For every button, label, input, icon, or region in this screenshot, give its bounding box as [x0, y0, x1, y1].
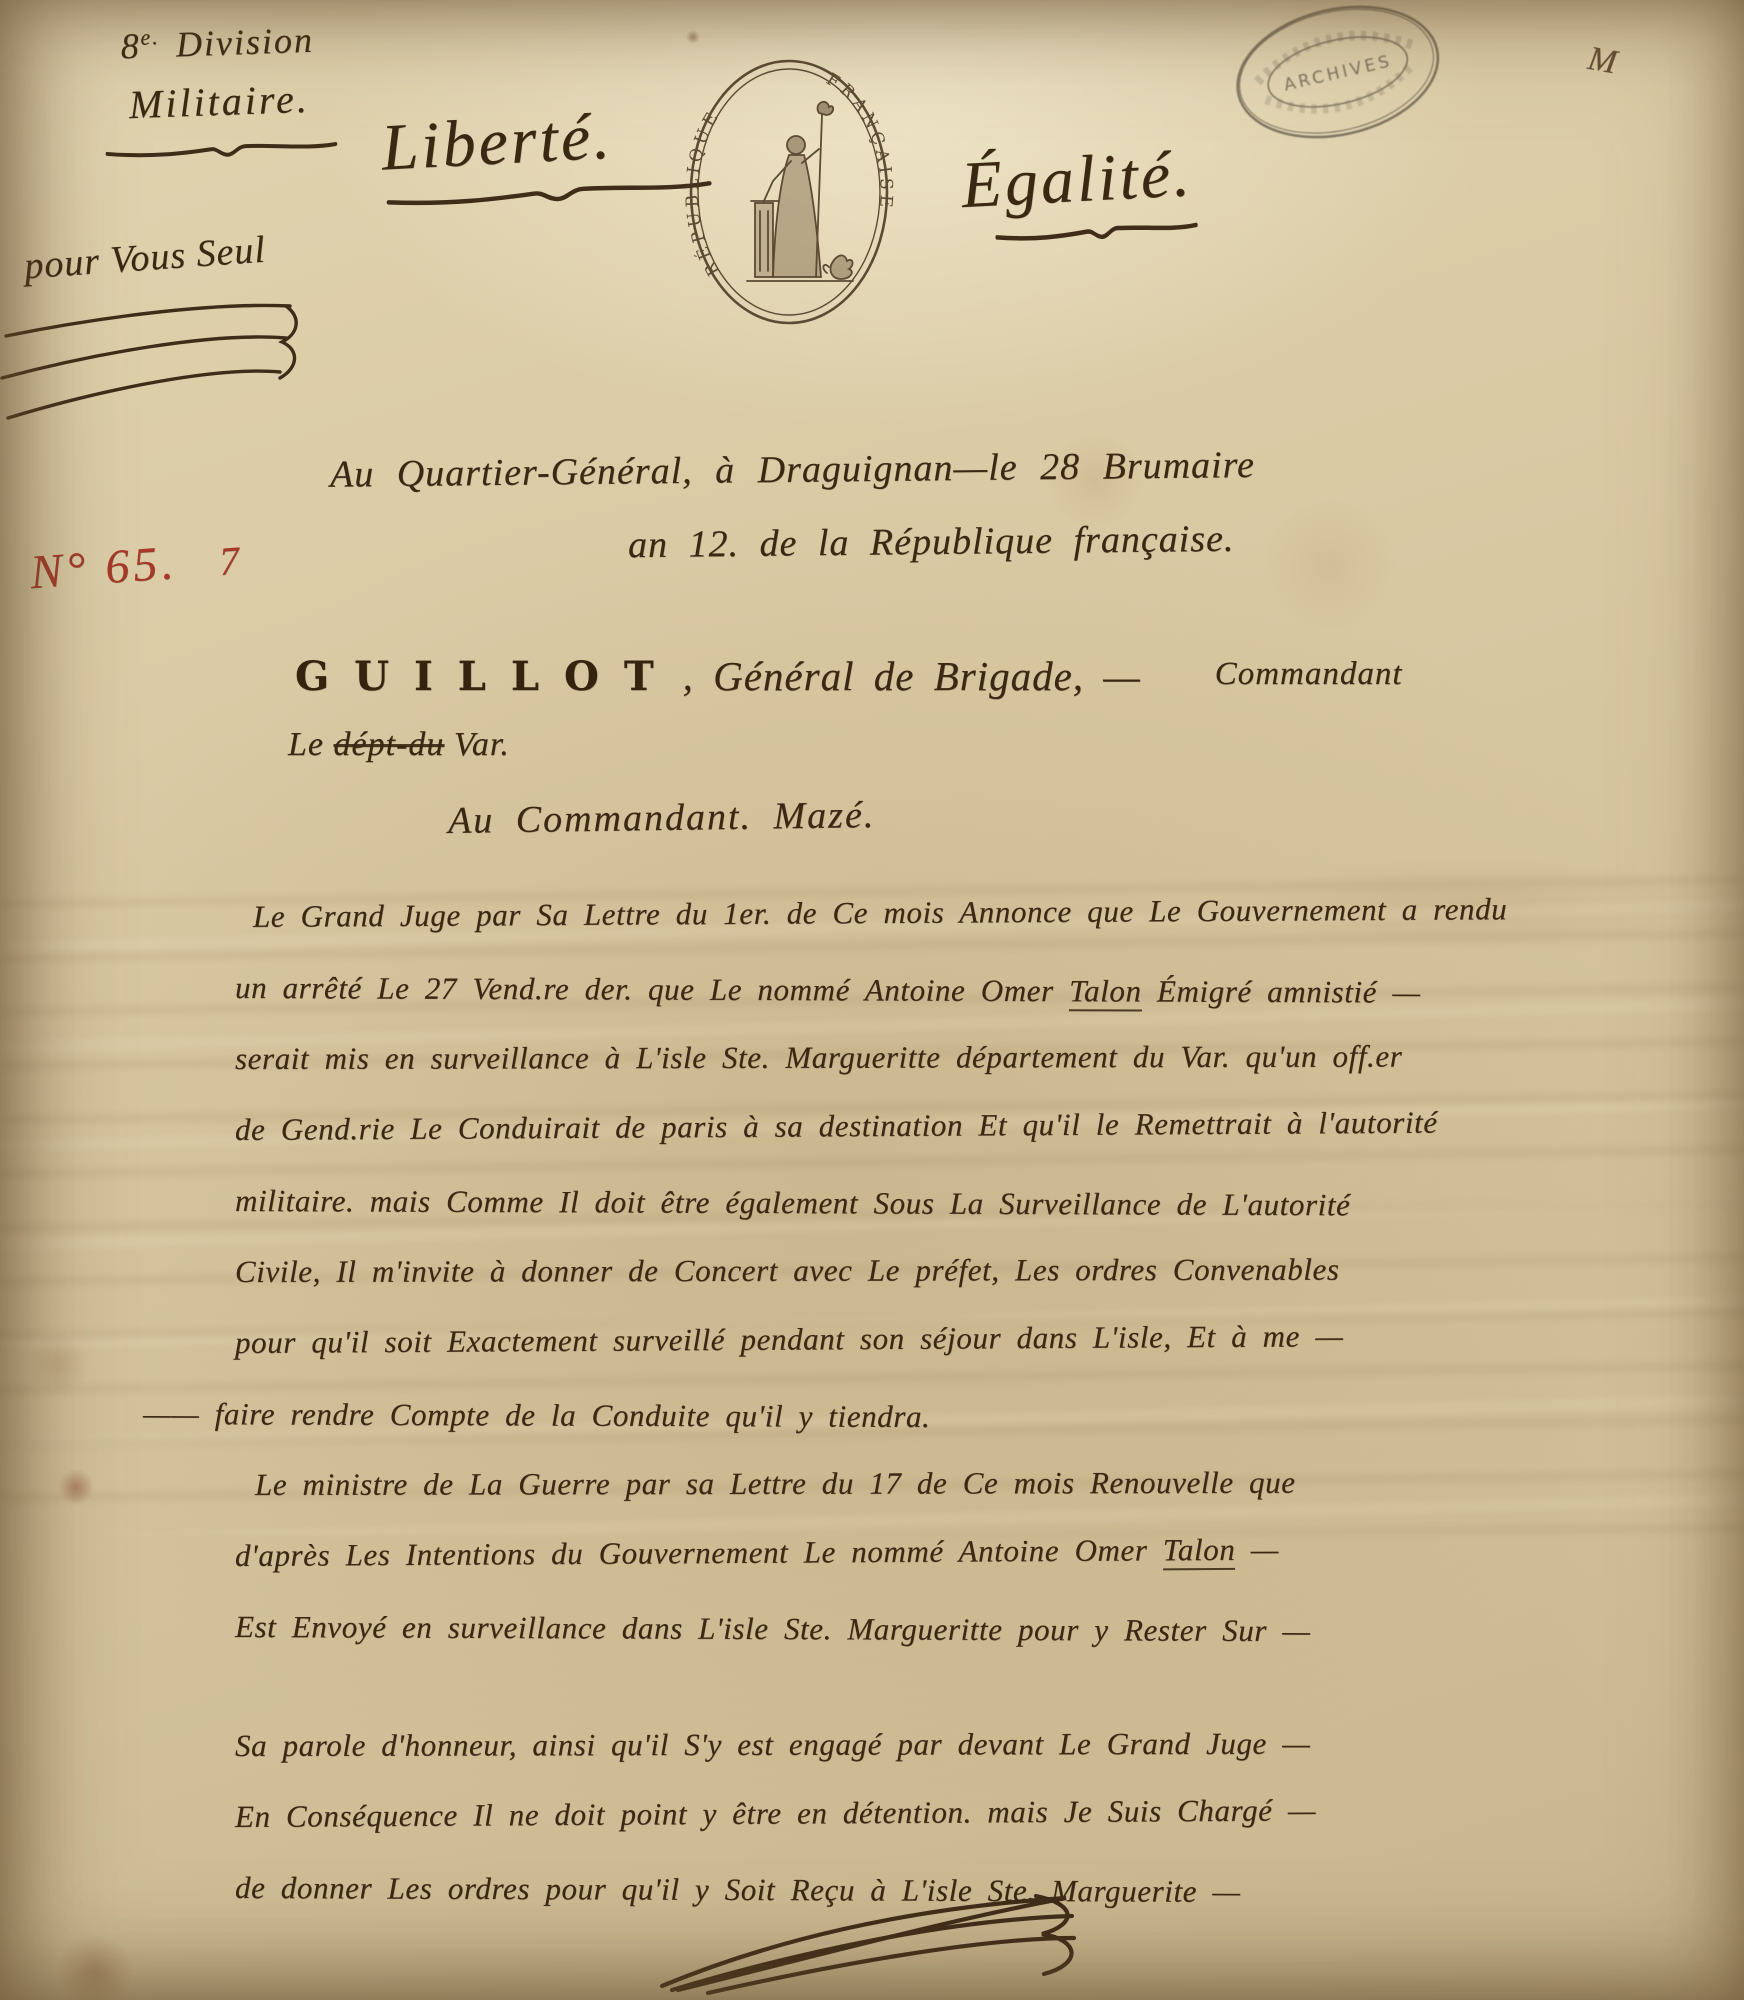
- letter-body: Le Grand Juge par Sa Lettre du 1er. de C…: [235, 886, 1725, 1928]
- body-line: pour qu'il soit Exactement surveillé pen…: [235, 1303, 1725, 1383]
- body-line: d'après Les Intentions du Gouvernement L…: [235, 1516, 1725, 1596]
- body-line: serait mis en surveillance à L'isle Ste.…: [235, 1025, 1725, 1099]
- recipient-line: Au Commandant. Mazé.: [448, 793, 876, 843]
- body-line: —— faire rendre Compte de la Conduite qu…: [143, 1383, 1725, 1460]
- sender-department: Le dépt-du Var.: [288, 726, 510, 764]
- sender-role: Commandant: [1215, 656, 1403, 693]
- dateline-date: le 28 Brumaire: [988, 443, 1255, 490]
- body-line: Le Grand Juge par Sa Lettre du 1er. de C…: [235, 877, 1725, 957]
- dateline: Au Quartier-Général, à Draguignan— le 28…: [330, 443, 1222, 496]
- division-header: 8e.Division Militaire.: [86, 17, 353, 168]
- body-line: militaire. mais Comme Il doit être égale…: [235, 1170, 1725, 1247]
- sender-name: GUILLOT: [295, 653, 679, 700]
- body-line: Sa parole d'honneur, ainsi qu'il S'y est…: [235, 1712, 1725, 1786]
- seal-left-text: RÉPUBLIQUE: [683, 106, 725, 280]
- seal-right-text: FRANÇAISE: [823, 70, 895, 213]
- signature-flourish-icon: [648, 1890, 1088, 1998]
- division-ordinal: e.: [140, 24, 160, 50]
- liberte-heading: Liberté.: [380, 93, 715, 212]
- manuscript-letter-page: 8e.Division Militaire. Liberté. RÉPUBLIQ…: [0, 0, 1744, 2000]
- marianne-figure-icon: [747, 102, 853, 281]
- svg-text:RÉPUBLIQUE: RÉPUBLIQUE: [683, 106, 725, 280]
- division-line1: 8e.Division: [86, 17, 349, 68]
- dept-prefix: Le: [288, 726, 334, 763]
- egalite-text: Égalité.: [960, 136, 1199, 224]
- dateline-year: an 12. de la République française.: [628, 517, 1235, 567]
- confidential-note: pour Vous Seul: [23, 228, 267, 289]
- egalite-heading: Égalité.: [960, 136, 1200, 248]
- body-line: Civile, Il m'invite à donner de Concert …: [235, 1238, 1725, 1312]
- body-line: En Conséquence Il ne doit point y être e…: [235, 1777, 1725, 1857]
- sender-title: , Général de Brigade, —: [683, 652, 1141, 700]
- svg-text:FRANÇAISE: FRANÇAISE: [823, 70, 895, 213]
- flourish-underline-icon: [994, 218, 1200, 247]
- body-line: Le ministre de La Guerre par sa Lettre d…: [235, 1451, 1725, 1525]
- confidential-flourish-icon: [0, 292, 300, 452]
- registry-number-mark: 7: [218, 538, 241, 584]
- registry-number-value: N° 65.: [28, 536, 179, 599]
- sender-line: GUILLOT , Général de Brigade, — Commanda…: [295, 652, 1403, 700]
- division-word: Division: [175, 20, 314, 65]
- division-line2: Militaire.: [88, 73, 351, 129]
- division-number: 8: [120, 26, 141, 67]
- body-line: de Gend.rie Le Conduirait de paris à sa …: [235, 1090, 1725, 1170]
- dept-abbrev: dépt-du: [334, 726, 445, 763]
- archive-stamp: ARCHIVES: [1219, 0, 1457, 164]
- flourish-underline-icon: [103, 137, 338, 163]
- dateline-place: Au Quartier-Général, à Draguignan—: [330, 446, 989, 497]
- liberte-text: Liberté.: [380, 93, 714, 186]
- body-line: Est Envoyé en surveillance dans L'isle S…: [235, 1596, 1725, 1673]
- dept-suffix: Var.: [444, 726, 509, 763]
- republique-francaise-seal: RÉPUBLIQUE FRANÇAISE: [683, 52, 895, 332]
- corner-pencil-mark: M: [1585, 40, 1619, 82]
- body-line: un arrêté Le 27 Vend.re der. que Le nomm…: [235, 957, 1725, 1034]
- registry-number: N° 65.7: [28, 531, 241, 600]
